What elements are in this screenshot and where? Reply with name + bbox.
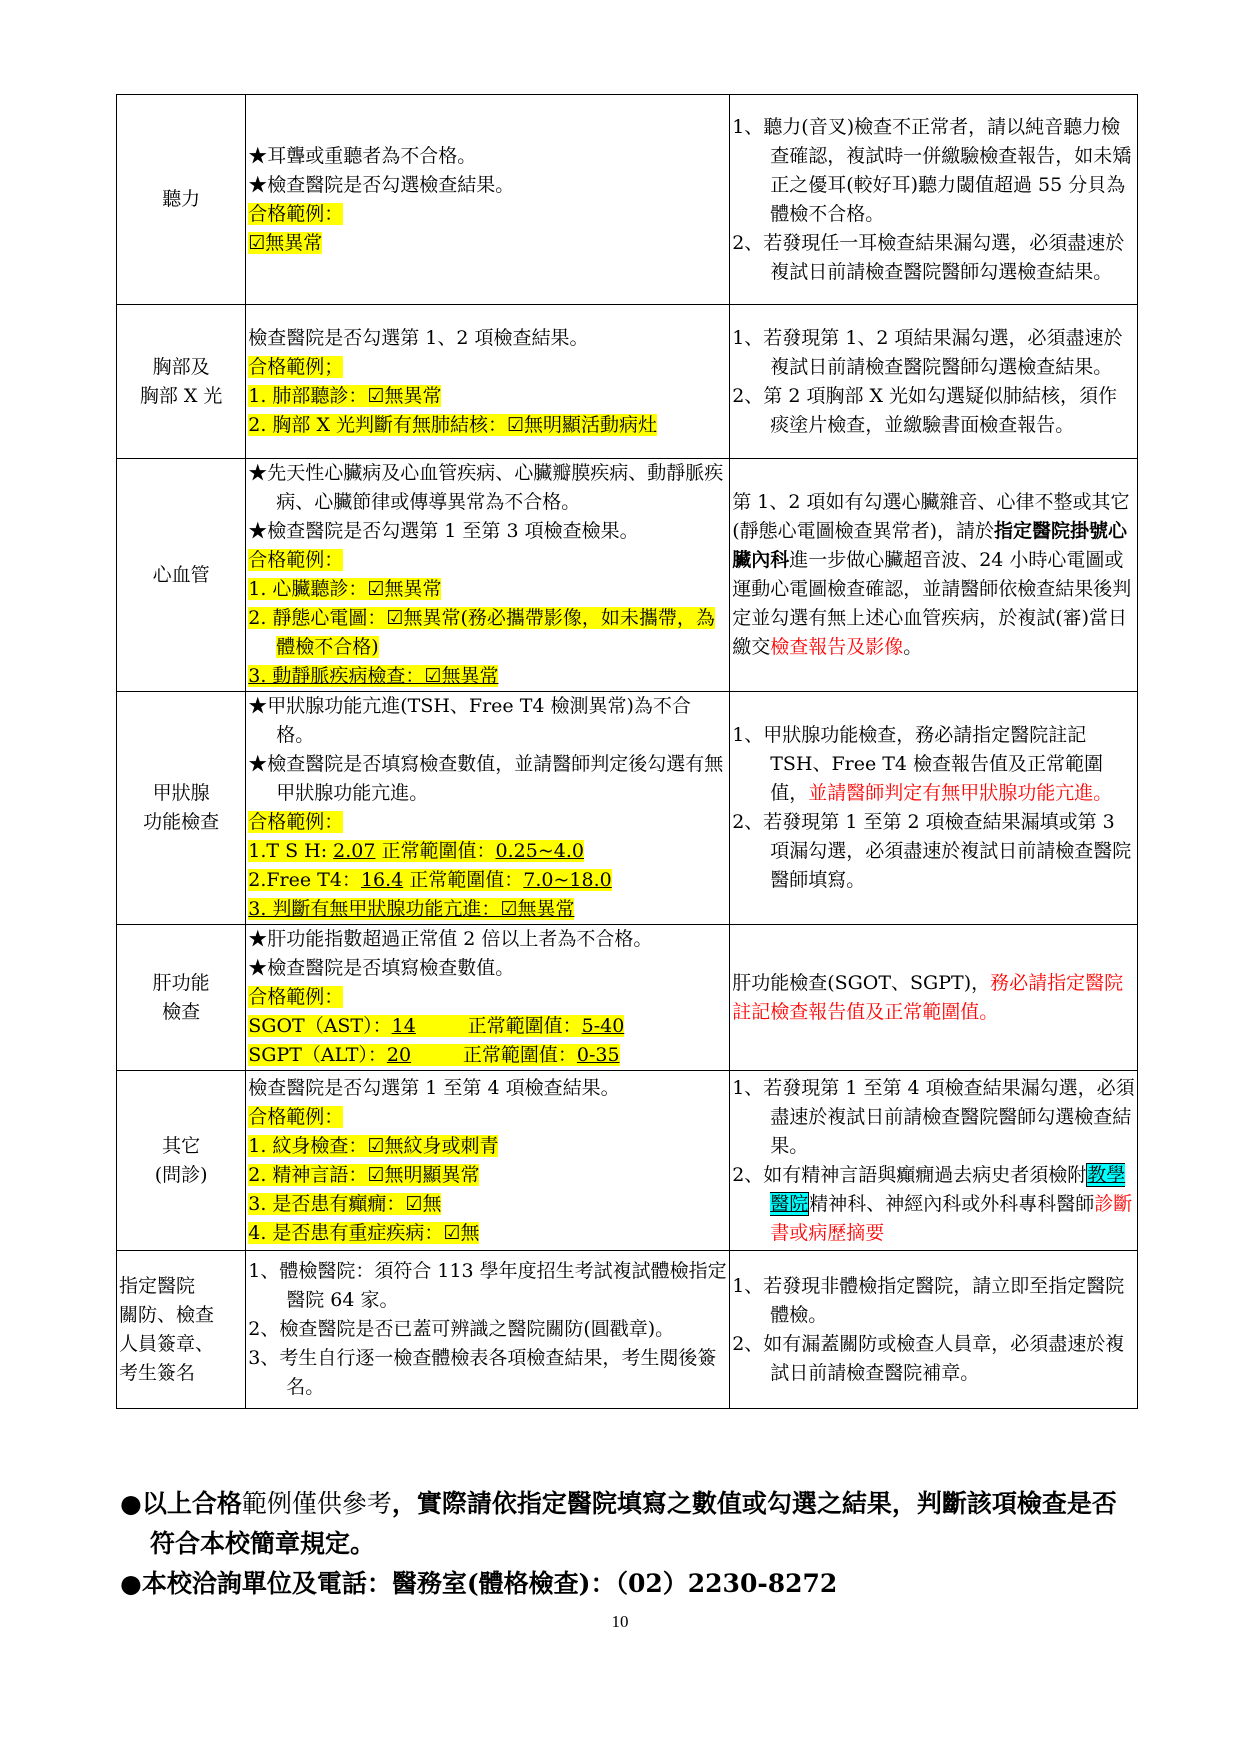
table-row-hearing: 聽力 ★耳聾或重聽者為不合格。 ★檢查醫院是否勾選檢查結果。 合格範例： ☑無異… (117, 95, 1138, 305)
example-heading: 合格範例： (248, 811, 343, 833)
example-heading: 合格範例； (248, 356, 343, 378)
tsh-value: 2.07 (333, 840, 375, 862)
criteria-line: 3、考生自行逐一檢查體檢表各項檢查結果，考生閱後簽名。 (248, 1344, 727, 1402)
item-label: 胸部及 (119, 353, 243, 382)
table-row-other: 其它 (問診) 檢查醫院是否勾選第 1 至第 4 項檢查結果。 合格範例： 1.… (117, 1071, 1138, 1251)
criteria-cell: 檢查醫院是否勾選第 1 至第 4 項檢查結果。 合格範例： 1. 紋身檢查：☑無… (246, 1071, 730, 1251)
example-line: 4. 是否患有重症疾病：☑無 (248, 1222, 479, 1244)
criteria-line: ★檢查醫院是否填寫檢查數值。 (248, 954, 727, 983)
document-page: 聽力 ★耳聾或重聽者為不合格。 ★檢查醫院是否勾選檢查結果。 合格範例： ☑無異… (0, 0, 1240, 1754)
example-line: 1. 心臟聽診：☑無異常 (248, 578, 441, 600)
criteria-line: ★檢查醫院是否填寫檢查數值，並請醫師判定後勾選有無甲狀腺功能亢進。 (248, 750, 727, 808)
value-label: SGOT（AST）： (248, 1015, 391, 1037)
example-line: 2. 靜態心電圖：☑無異常(務必攜帶影像，如未攜帶，為體檢不合格) (248, 607, 715, 658)
note-text: 2、如有精神言語與癲癇過去病史者須檢附 (732, 1164, 1086, 1186)
page-number: 10 (0, 1612, 1240, 1632)
footer-notes: ●以上合格範例僅供參考，實際請依指定醫院填寫之數值或勾選之結果，判斷該項檢查是否… (120, 1484, 1140, 1604)
criteria-cell: ★肝功能指數超過正常值 2 倍以上者為不合格。 ★檢查醫院是否填寫檢查數值。 合… (246, 925, 730, 1071)
example-heading: 合格範例： (248, 1106, 343, 1128)
sgot-range: 5-40 (582, 1015, 625, 1037)
note-red: 檢查報告及影像 (770, 636, 903, 658)
criteria-cell: ★甲狀腺功能亢進(TSH、Free T4 檢測異常)為不合格。 ★檢查醫院是否填… (246, 692, 730, 925)
notes-cell: 1、若發現第 1 至第 4 項檢查結果漏勾選，必須盡速於複試日前請檢查醫院醫師勾… (730, 1071, 1138, 1251)
item-cell: 肝功能 檢查 (117, 925, 246, 1071)
example-line: 1. 肺部聽診：☑無異常 (248, 385, 441, 407)
item-label: 考生簽名 (119, 1359, 243, 1388)
criteria-line: ★檢查醫院是否勾選檢查結果。 (248, 171, 727, 200)
criteria-line: ★甲狀腺功能亢進(TSH、Free T4 檢測異常)為不合格。 (248, 692, 727, 750)
notes-cell: 第 1、2 項如有勾選心臟雜音、心律不整或其它(靜態心電圖檢查異常者)，請於指定… (730, 459, 1138, 692)
note-line: 1、若發現第 1 至第 4 項檢查結果漏勾選，必須盡速於複試日前請檢查醫院醫師勾… (732, 1074, 1135, 1161)
sgpt-value: 20 (387, 1041, 447, 1070)
item-label: 甲狀腺 (119, 779, 243, 808)
note-text: 精神科、神經內科或外科專科醫師 (809, 1193, 1094, 1215)
criteria-line: ★檢查醫院是否勾選第 1 至第 3 項檢查檢果。 (248, 517, 727, 546)
criteria-line: ★先天性心臟病及心血管疾病、心臟瓣膜疾病、動靜脈疾病、心臟節律或傳導異常為不合格… (248, 459, 727, 517)
item-label: 心血管 (153, 564, 210, 586)
notes-cell: 肝功能檢查(SGOT、SGPT)，務必請指定醫院註記檢查報告值及正常範圍值。 (730, 925, 1138, 1071)
criteria-line: 檢查醫院是否勾選第 1、2 項檢查結果。 (248, 324, 727, 353)
value-label: 1.T S H: (248, 840, 333, 862)
example-heading: 合格範例： (248, 986, 343, 1008)
criteria-line: ★肝功能指數超過正常值 2 倍以上者為不合格。 (248, 925, 727, 954)
criteria-line: ★耳聾或重聽者為不合格。 (248, 142, 727, 171)
item-label: 功能檢查 (119, 808, 243, 837)
criteria-line: 1、體檢醫院：須符合 113 學年度招生考試複試體檢指定醫院 64 家。 (248, 1257, 727, 1315)
note-text: 。 (903, 636, 922, 658)
criteria-line: 檢查醫院是否勾選第 1 至第 4 項檢查結果。 (248, 1074, 727, 1103)
item-cell: 胸部及 胸部 X 光 (117, 305, 246, 459)
item-label: (問診) (119, 1161, 243, 1190)
item-label: 其它 (119, 1132, 243, 1161)
notes-cell: 1、甲狀腺功能檢查，務必請指定醫院註記 TSH、Free T4 檢查報告值及正常… (730, 692, 1138, 925)
health-check-table: 聽力 ★耳聾或重聽者為不合格。 ★檢查醫院是否勾選檢查結果。 合格範例： ☑無異… (116, 94, 1138, 1409)
value-label: SGPT（ALT）： (248, 1044, 387, 1066)
item-label: 人員簽章、 (119, 1330, 243, 1359)
note-line: 1、若發現非體檢指定醫院，請立即至指定醫院體檢。 (732, 1272, 1135, 1330)
sgot-value: 14 (392, 1012, 452, 1041)
criteria-cell: 1、體檢醫院：須符合 113 學年度招生考試複試體檢指定醫院 64 家。 2、檢… (246, 1251, 730, 1409)
item-cell: 其它 (問診) (117, 1071, 246, 1251)
table-row-liver: 肝功能 檢查 ★肝功能指數超過正常值 2 倍以上者為不合格。 ★檢查醫院是否填寫… (117, 925, 1138, 1071)
note-line: 2、若發現任一耳檢查結果漏勾選，必須盡速於複試日前請檢查醫院醫師勾選檢查結果。 (732, 229, 1135, 287)
note-line: 2、如有漏蓋關防或檢查人員章，必須盡速於複試日前請檢查醫院補章。 (732, 1330, 1135, 1388)
example-line: 3. 是否患有癲癇：☑無 (248, 1193, 441, 1215)
notes-cell: 1、聽力(音叉)檢查不正常者，請以純音聽力檢查確認，複試時一併繳驗檢查報告，如未… (730, 95, 1138, 305)
footer-text: 範例僅供參考 (242, 1489, 392, 1518)
table-row-cardiovascular: 心血管 ★先天性心臟病及心血管疾病、心臟瓣膜疾病、動靜脈疾病、心臟節律或傳導異常… (117, 459, 1138, 692)
free-t4-value: 16.4 (361, 869, 403, 891)
example-line: 3. 判斷有無甲狀腺功能亢進：☑無異常 (248, 898, 574, 920)
item-cell: 聽力 (117, 95, 246, 305)
item-label: 指定醫院 (119, 1272, 243, 1301)
value-label: 2.Free T4： (248, 869, 361, 891)
tsh-range: 0.25~4.0 (496, 840, 584, 862)
footer-note-contact: ●本校洽詢單位及電話：醫務室(體格檢查)：（02）2230-8272 (120, 1564, 1140, 1604)
item-label: 胸部 X 光 (119, 382, 243, 411)
example-line: 2. 胸部 X 光判斷有無肺結核：☑無明顯活動病灶 (248, 414, 657, 436)
example-line: 2. 精神言語：☑無明顯異常 (248, 1164, 479, 1186)
note-line: 2、若發現第 1 至第 2 項檢查結果漏填或第 3 項漏勾選，必須盡速於複試日前… (732, 808, 1135, 895)
note-line: 1、聽力(音叉)檢查不正常者，請以純音聽力檢查確認，複試時一併繳驗檢查報告，如未… (732, 113, 1135, 229)
example-heading: 合格範例： (248, 203, 343, 225)
range-label: 正常範圍值： (447, 1044, 577, 1066)
notes-cell: 1、若發現非體檢指定醫院，請立即至指定醫院體檢。 2、如有漏蓋關防或檢查人員章，… (730, 1251, 1138, 1409)
criteria-cell: ★耳聾或重聽者為不合格。 ★檢查醫院是否勾選檢查結果。 合格範例： ☑無異常 (246, 95, 730, 305)
bullet-icon: ● (120, 1489, 142, 1518)
range-label: 正常範圍值： (403, 869, 523, 891)
range-label: 正常範圍值： (375, 840, 495, 862)
item-label: 檢查 (119, 998, 243, 1027)
footer-bold: 以上合格 (142, 1489, 242, 1518)
table-row-signatures: 指定醫院 關防、檢查 人員簽章、 考生簽名 1、體檢醫院：須符合 113 學年度… (117, 1251, 1138, 1409)
item-label: 聽力 (162, 188, 200, 210)
example-line: ☑無異常 (248, 232, 322, 254)
item-cell: 心血管 (117, 459, 246, 692)
free-t4-range: 7.0~18.0 (523, 869, 611, 891)
item-cell: 指定醫院 關防、檢查 人員簽章、 考生簽名 (117, 1251, 246, 1409)
notes-cell: 1、若發現第 1、2 項結果漏勾選，必須盡速於複試日前請檢查醫院醫師勾選檢查結果… (730, 305, 1138, 459)
example-line: 3. 動靜脈疾病檢查：☑無異常 (248, 665, 498, 687)
item-label: 肝功能 (119, 969, 243, 998)
note-line: 1、若發現第 1、2 項結果漏勾選，必須盡速於複試日前請檢查醫院醫師勾選檢查結果… (732, 324, 1135, 382)
criteria-cell: ★先天性心臟病及心血管疾病、心臟瓣膜疾病、動靜脈疾病、心臟節律或傳導異常為不合格… (246, 459, 730, 692)
note-text: 肝功能檢查(SGOT、SGPT)， (732, 972, 990, 994)
sgpt-range: 0-35 (577, 1044, 620, 1066)
table-row-thyroid: 甲狀腺 功能檢查 ★甲狀腺功能亢進(TSH、Free T4 檢測異常)為不合格。… (117, 692, 1138, 925)
item-cell: 甲狀腺 功能檢查 (117, 692, 246, 925)
range-label: 正常範圍值： (452, 1015, 582, 1037)
example-heading: 合格範例： (248, 549, 343, 571)
item-label: 關防、檢查 (119, 1301, 243, 1330)
criteria-line: 2、檢查醫院是否已蓋可辨識之醫院關防(圓戳章)。 (248, 1315, 727, 1344)
note-red: 並請醫師判定有無甲狀腺功能亢進。 (808, 782, 1112, 804)
criteria-cell: 檢查醫院是否勾選第 1、2 項檢查結果。 合格範例； 1. 肺部聽診：☑無異常 … (246, 305, 730, 459)
table-row-chest: 胸部及 胸部 X 光 檢查醫院是否勾選第 1、2 項檢查結果。 合格範例； 1.… (117, 305, 1138, 459)
footer-note-1: ●以上合格範例僅供參考，實際請依指定醫院填寫之數值或勾選之結果，判斷該項檢查是否… (120, 1484, 1140, 1564)
note-line: 2、第 2 項胸部 X 光如勾選疑似肺結核，須作痰塗片檢查，並繳驗書面檢查報告。 (732, 382, 1135, 440)
example-line: 1. 紋身檢查：☑無紋身或刺青 (248, 1135, 498, 1157)
